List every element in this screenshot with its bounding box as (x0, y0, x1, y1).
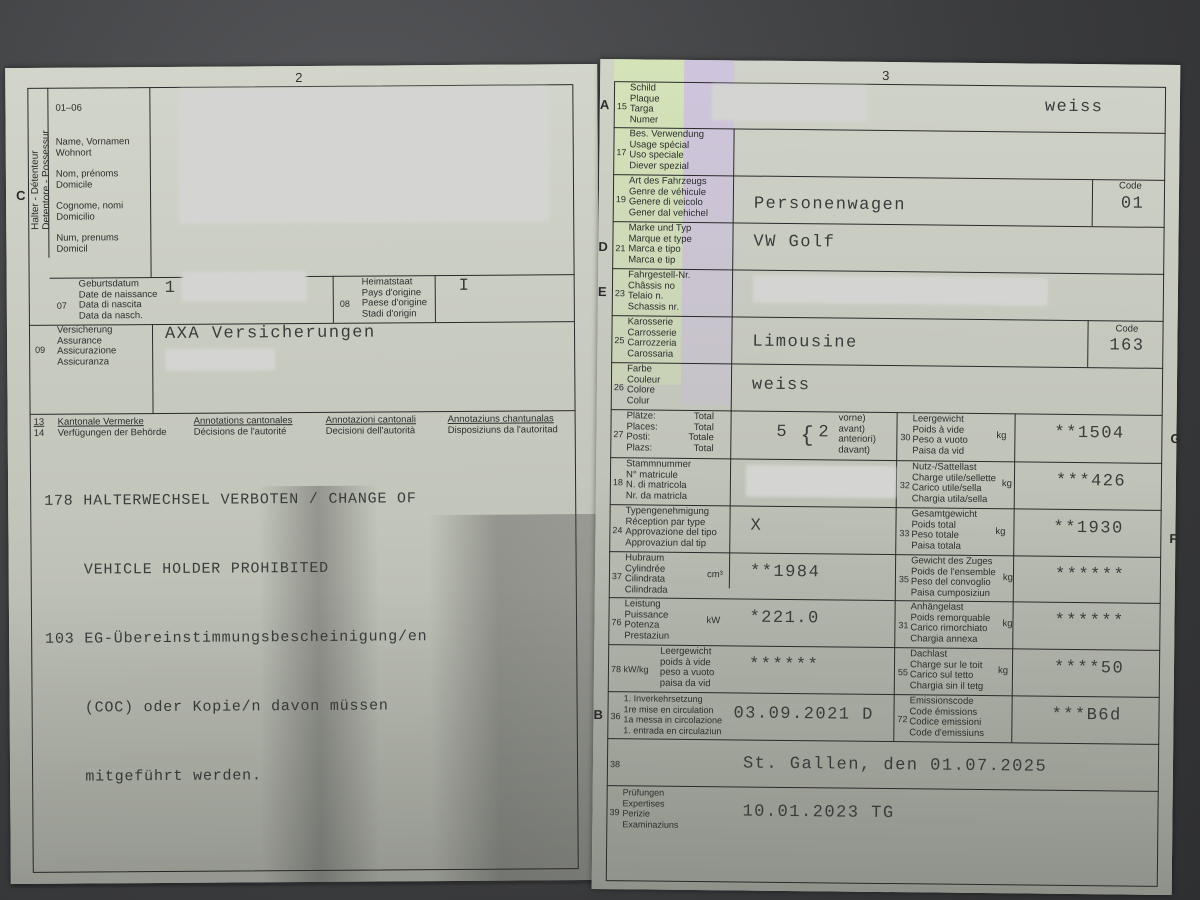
seats-labels: Plätze:Places: Posti:Plazs: (626, 411, 658, 453)
master-number-labels: StammnummerN° matricule N. di matricolaN… (626, 459, 691, 502)
vehicle-type-labels: Art des FahrzeugsGenre de véhicule Gener… (629, 176, 709, 219)
power-value: *221.0 (749, 609, 819, 629)
special-use-labels: Bes. VerwendungUsage spécial Uso special… (629, 129, 704, 172)
plate-color-value: weiss (1045, 98, 1104, 118)
payload-value: ***426 (1056, 472, 1126, 492)
annotation-text: 178 HALTERWECHSEL VERBOTEN / CHANGE OF V… (44, 441, 429, 835)
inspection-value: 10.01.2023 TG (742, 803, 894, 824)
right-page: 3 A 15 SchildPlaque TargaNumer weiss 17 … (592, 59, 1181, 895)
power-labels: LeistungPuissance PotenzaPrestaziun (624, 599, 669, 641)
empty-weight-labels: LeergewichtPoids à vide Peso a vuotoPais… (912, 414, 968, 457)
origin-value: I (459, 277, 471, 296)
type-approval-value: X (750, 517, 762, 536)
chassis-number-redacted (753, 275, 1048, 306)
plate-number-redacted (712, 84, 867, 122)
roof-load-labels: DachlastCharge sur le toit Carico sul te… (910, 649, 984, 692)
gross-weight-labels: GesamtgewichtPoids total Peso totalePais… (911, 509, 977, 552)
annotation-header-fr: Annotations cantonalesDécisions de l'aut… (194, 416, 293, 438)
field-07-labels: GeburtsdatumDate de naissance Data di na… (79, 279, 158, 322)
birthdate-value: 1 (165, 279, 177, 298)
emission-code-labels: EmissionscodeCode émissions Codice emiss… (909, 696, 984, 739)
annotation-header-rm: Annotaziuns chantunalasDisposiziuns da l… (448, 414, 558, 436)
displacement-labels: HubraumCylindrée CilindrataCilindrada (625, 553, 668, 595)
make-model-labels: Marke und TypMarque et type Marca e tipo… (628, 223, 692, 266)
power-weight-value: ****** (749, 656, 819, 676)
holder-name-redacted (178, 86, 549, 224)
page-number: 2 (295, 70, 302, 85)
train-weight-labels: Gewicht des ZugesPoids de l'ensemble Pes… (911, 556, 996, 599)
vehicle-type-value: Personenwagen (754, 195, 906, 216)
displacement-value: **1984 (750, 563, 820, 583)
seats-front-value: 2 (818, 423, 830, 442)
towing-load-labels: AnhängelastPoids remorquable Carico rimo… (910, 602, 990, 645)
gross-weight-value: **1930 (1053, 519, 1123, 539)
master-number-redacted (746, 465, 896, 499)
train-weight-value: ****** (1055, 566, 1125, 586)
type-approval-labels: TypengenehmigungRéception par type Appro… (625, 506, 717, 549)
make-model-value: VW Golf (753, 233, 835, 253)
side-letter-c: C (16, 188, 25, 203)
left-page: 2 Halter - Détenteur Detentore - Possess… (5, 64, 603, 884)
payload-labels: Nutz-/SattellastCharge utile/sellette Ca… (912, 462, 996, 505)
plate-labels: SchildPlaque TargaNumer (630, 83, 660, 125)
field-01-06-code: 01–06 (55, 104, 81, 115)
vehicle-type-code: 01 (1121, 194, 1145, 213)
insurance-value: AXA Versicherungen (165, 323, 376, 343)
field-01-06-labels: Name, VornamenWohnort Nom, prénomsDomici… (56, 137, 131, 255)
emission-code-value: ***B6d (1051, 706, 1121, 726)
empty-weight-value: **1504 (1054, 424, 1124, 444)
body-value: Limousine (752, 333, 858, 353)
first-registration-labels: 1. Inverkehrsetzung1re mise en circulati… (623, 693, 722, 736)
inspection-labels: PrüfungenExpertises PerizieExaminaziuns (622, 787, 678, 830)
page-number: 3 (882, 68, 889, 83)
towing-load-value: ****** (1054, 612, 1124, 632)
field-08-labels: HeimatstaatPays d'origine Paese d'origin… (362, 277, 427, 319)
power-weight-labels: Leergewichtpoids à vide peso a vuotopais… (660, 647, 715, 690)
first-registration-value: 03.09.2021 D (733, 704, 874, 724)
roof-load-value: ****50 (1054, 659, 1124, 679)
body-labels: KarosserieCarrosserie CarrozzeriaCarossa… (627, 317, 677, 360)
annotation-header-de: Kantonale VermerkeVerfügungen der Behörd… (58, 417, 167, 439)
chassis-labels: Fahrgestell-Nr.Châssis no Telaio n.Schas… (628, 270, 691, 313)
issue-place-date: St. Gallen, den 01.07.2025 (743, 755, 1047, 777)
annotation-header-it: Annotazioni cantonaliDecisioni dell'auto… (326, 415, 416, 437)
body-code: 163 (1109, 336, 1144, 355)
color-value: weiss (752, 376, 811, 396)
annotation-codes: 1314 (34, 418, 45, 439)
color-labels: FarbeCouleur ColoreColur (627, 364, 661, 406)
field-09-labels: VersicherungAssurance AssicurazioneAssic… (57, 325, 116, 367)
seats-total-value: 5 (776, 423, 788, 442)
